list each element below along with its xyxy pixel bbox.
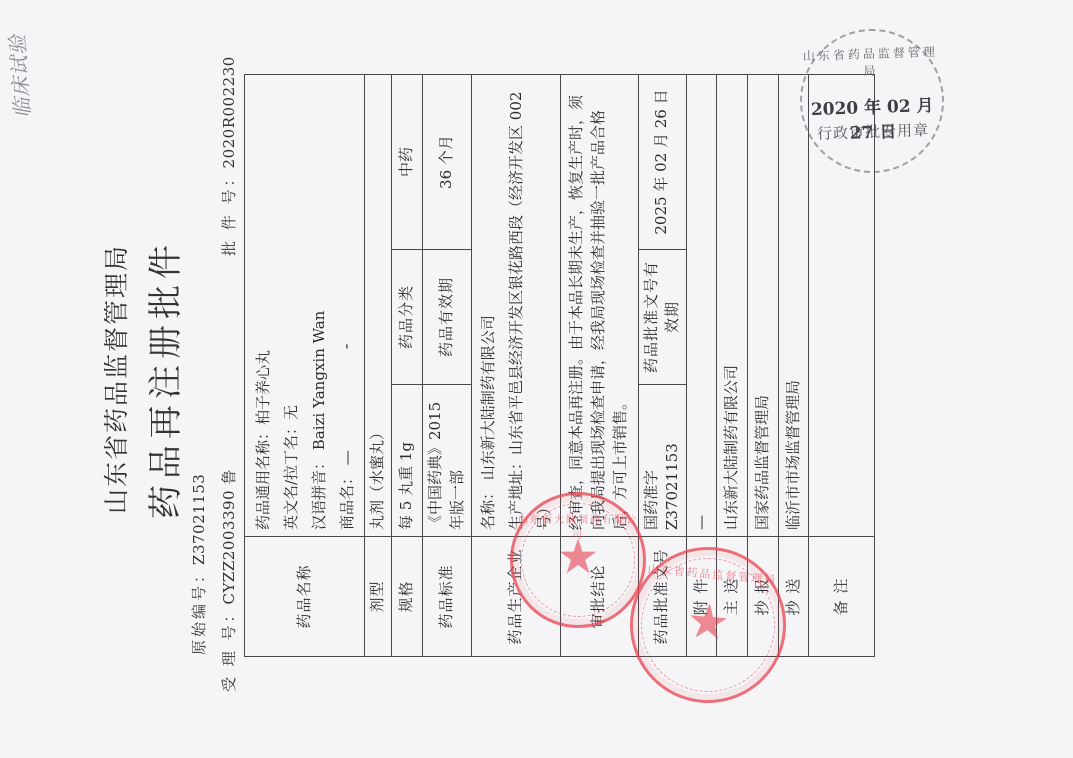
main-recipient-value: 山东新大陆制药有限公司 [717, 75, 748, 537]
original-number: 原始编号：Z37021153 [188, 474, 209, 655]
acceptance-number-value: CYZZ2003390 鲁 [220, 469, 238, 604]
drug-name-values: 药品通用名称：柏子养心丸 英文名/拉丁名：无 汉语拼音： Baizi Yangx… [245, 75, 365, 537]
scan-speck: ⁃ [340, 343, 356, 350]
row-standard: 药品标准 《中国药典》2015 年版一部 药品有效期 36 个月 [423, 75, 472, 657]
pinyin-name: 汉语拼音： Baizi Yangxin Wan [305, 81, 333, 530]
document-page: 临床试验 山东省药品监督管理局 药品再注册批件 原始编号：Z37021153 受… [0, 0, 1073, 758]
manufacturer-name: 名称： 山东新大陆制药有限公司 [474, 81, 502, 530]
manufacturer-values: 名称： 山东新大陆制药有限公司 生产地址：山东省平邑县经济开发区银花路西段（经济… [471, 75, 560, 537]
approval-validity-label: 药品批准文号有效期 [638, 250, 687, 385]
document-title: 药品再注册批件 [138, 0, 187, 758]
acceptance-number: 受 理 号：CYZZ2003390 鲁 [218, 469, 239, 692]
shelf-life-value: 36 个月 [423, 75, 472, 250]
standard-value: 《中国药典》2015 年版一部 [423, 385, 472, 537]
company-seal-star-icon: ★ [513, 529, 643, 585]
dosage-form-value: 丸剂（水蜜丸） [365, 75, 392, 537]
original-number-label: 原始编号： [190, 565, 208, 655]
drug-category-label: 药品分类 [392, 250, 423, 385]
row-cc-send: 抄 送 临沂市市场监督管理局 [779, 75, 809, 657]
acceptance-number-label: 受 理 号： [220, 604, 238, 692]
attachment-value: — [687, 75, 717, 537]
specification-label: 规格 [392, 537, 423, 657]
approval-number-value: 2020R002230 [220, 56, 238, 168]
trade-name: 商品名： — [333, 81, 361, 530]
official-date-stamp-arc: 山东省药品监督管理局 [800, 43, 941, 82]
english-latin-name: 英文名/拉丁名：无 [277, 81, 305, 530]
shelf-life-label: 药品有效期 [423, 250, 472, 385]
handwritten-note: 临床试验 [1, 33, 36, 119]
generic-name: 药品通用名称：柏子养心丸 [249, 81, 277, 530]
standard-label: 药品标准 [423, 537, 472, 657]
row-specification: 规格 每 5 丸重 1g 药品分类 中药 [392, 75, 423, 657]
drug-name-label: 药品名称 [245, 537, 365, 657]
approval-doc-number-value: 国药准字 Z37021153 [638, 385, 687, 537]
remarks-label: 备 注 [809, 537, 875, 657]
conclusion-text: 经审查，同意本品再注册。由于本品长期未生产，恢复生产时，须向我局提出现场检查申请… [560, 75, 638, 537]
drug-category-value: 中药 [392, 75, 423, 250]
dosage-form-label: 剂型 [365, 537, 392, 657]
approval-validity-value: 2025 年 02 月 26 日 [638, 75, 687, 250]
row-dosage-form: 剂型 丸剂（水蜜丸） [365, 75, 392, 657]
cc-report-value: 国家药品监督管理局 [748, 75, 779, 537]
row-drug-name: 药品名称 药品通用名称：柏子养心丸 英文名/拉丁名：无 汉语拼音： Baizi … [245, 75, 365, 657]
issuing-agency: 山东省药品监督管理局 [97, 0, 133, 758]
approval-number-label: 批 件 号： [220, 168, 238, 256]
original-number-value: Z37021153 [190, 474, 208, 565]
company-seal: 山东新大陆制药有限公司 ★ [510, 492, 646, 628]
specification-value: 每 5 丸重 1g [392, 385, 423, 537]
manufacturer-address: 生产地址：山东省平邑县经济开发区银花路西段（经济开发区 002 号） [502, 81, 558, 530]
approval-number: 批 件 号：2020R002230 [218, 56, 239, 256]
